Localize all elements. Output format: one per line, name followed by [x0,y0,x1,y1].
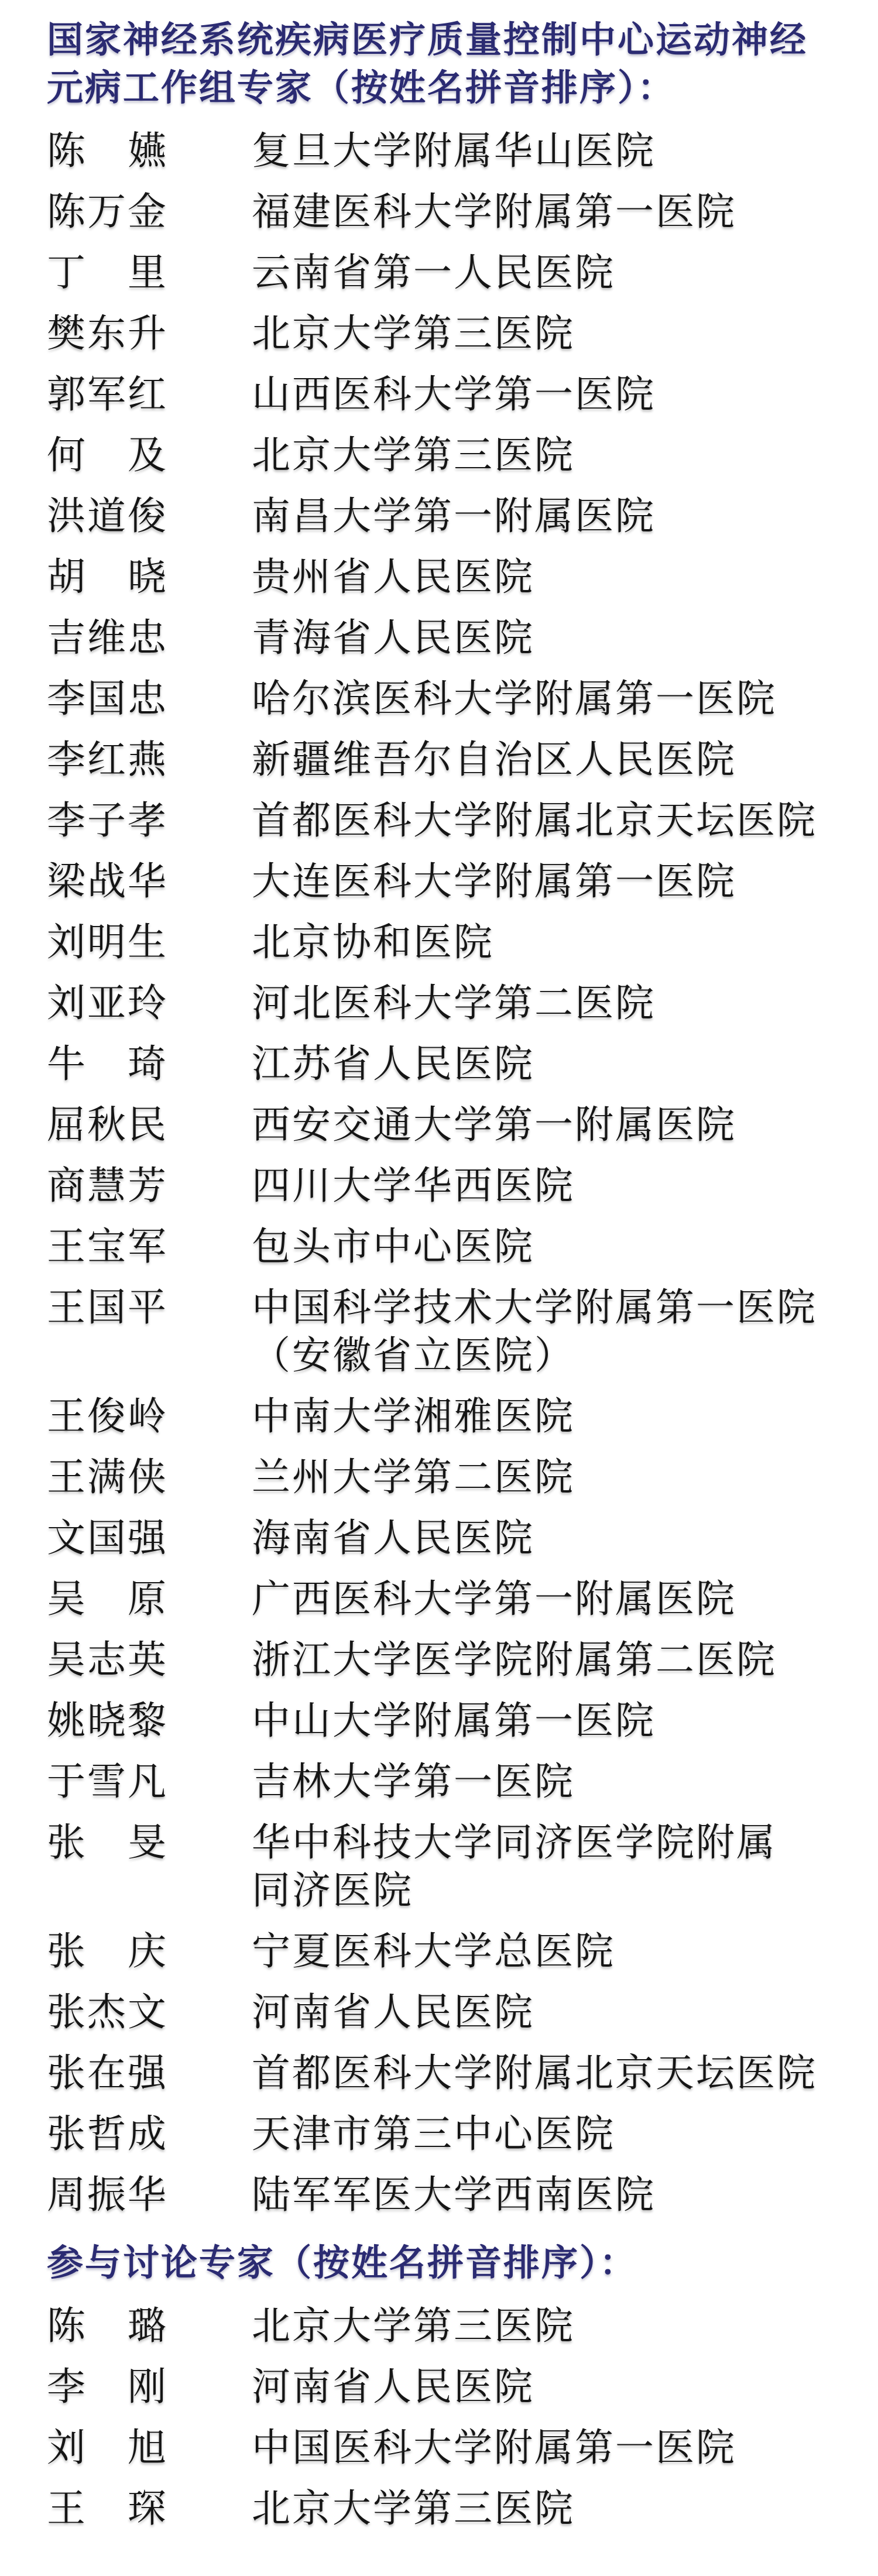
expert-hospital-line: 西安交通大学第一附属医院 [252,1102,846,1150]
expert-hospital: 广西医科大学第一附属医院 [252,1576,846,1624]
expert-name: 陈万金 [47,188,252,236]
expert-row: 陈 嬿复旦大学附属华山医院 [47,128,849,176]
expert-hospital: 福建医科大学附属第一医院 [252,188,846,236]
expert-hospital-line: 中国科学技术大学附属第一医院 [252,1284,846,1332]
expert-row: 何 及北京大学第三医院 [47,432,849,480]
expert-row: 王国平中国科学技术大学附属第一医院（安徽省立医院） [47,1284,849,1380]
expert-hospital-line: 广西医科大学第一附属医院 [252,1576,846,1624]
section-title: 国家神经系统疾病医疗质量控制中心运动神经元病工作组专家（按姓名拼音排序）： [47,16,849,112]
expert-name: 吉维忠 [47,615,252,663]
expert-hospital-line: 天津市第三中心医院 [252,2111,846,2159]
expert-row: 梁战华大连医科大学附属第一医院 [47,858,849,906]
expert-name: 吴志英 [47,1637,252,1685]
expert-name: 王满侠 [47,1454,252,1502]
expert-hospital: 四川大学华西医院 [252,1162,846,1210]
expert-hospital-line: 首都医科大学附属北京天坛医院 [252,2050,846,2098]
expert-name: 陈 嬿 [47,128,252,176]
expert-hospital-line: 北京大学第三医院 [252,2303,846,2351]
expert-hospital-line: 北京大学第三医院 [252,310,846,358]
expert-row: 张 庆宁夏医科大学总医院 [47,1928,849,1976]
expert-hospital-line: 同济医院 [252,1867,846,1915]
expert-hospital-line: 河南省人民医院 [252,2364,846,2412]
expert-hospital: 复旦大学附属华山医院 [252,128,846,176]
expert-name: 郭军红 [47,371,252,419]
expert-name: 丁 里 [47,249,252,297]
expert-name: 梁战华 [47,858,252,906]
expert-name: 何 及 [47,432,252,480]
expert-name: 张 旻 [47,1819,252,1867]
expert-hospital-line: 河南省人民医院 [252,1989,846,2037]
expert-hospital-line: 海南省人民医院 [252,1515,846,1563]
expert-row: 胡 晓贵州省人民医院 [47,554,849,602]
expert-row: 王宝军包头市中心医院 [47,1223,849,1271]
expert-name: 张 庆 [47,1928,252,1976]
expert-name: 王俊岭 [47,1393,252,1441]
expert-row: 周振华陆军军医大学西南医院 [47,2172,849,2220]
expert-name: 陈 璐 [47,2303,252,2351]
expert-row: 樊东升北京大学第三医院 [47,310,849,358]
expert-row: 洪道俊南昌大学第一附属医院 [47,493,849,541]
expert-section: 国家神经系统疾病医疗质量控制中心运动神经元病工作组专家（按姓名拼音排序）：陈 嬿… [47,16,849,2220]
expert-name: 牛 琦 [47,1041,252,1089]
section-title-line: 国家神经系统疾病医疗质量控制中心运动神经 [47,16,849,64]
expert-hospital: 河北医科大学第二医院 [252,980,846,1028]
expert-row: 王 琛北京大学第三医院 [47,2485,849,2533]
expert-hospital: 海南省人民医院 [252,1515,846,1563]
expert-row: 丁 里云南省第一人民医院 [47,249,849,297]
expert-hospital-line: 陆军军医大学西南医院 [252,2172,846,2220]
document: 国家神经系统疾病医疗质量控制中心运动神经元病工作组专家（按姓名拼音排序）：陈 嬿… [0,0,878,2576]
expert-hospital-line: 福建医科大学附属第一医院 [252,188,846,236]
expert-hospital-line: 云南省第一人民医院 [252,249,846,297]
expert-hospital: 华中科技大学同济医学院附属同济医院 [252,1819,846,1915]
section-title: 参与讨论专家（按姓名拼音排序）： [47,2239,849,2287]
expert-hospital-line: 包头市中心医院 [252,1223,846,1271]
expert-row: 李国忠哈尔滨医科大学附属第一医院 [47,675,849,723]
expert-name: 文国强 [47,1515,252,1563]
expert-row: 李 刚河南省人民医院 [47,2364,849,2412]
expert-hospital: 北京大学第三医院 [252,310,846,358]
expert-row: 刘 旭中国医科大学附属第一医院 [47,2424,849,2472]
expert-hospital: 宁夏医科大学总医院 [252,1928,846,1976]
expert-name: 李 刚 [47,2364,252,2412]
expert-hospital-line: 贵州省人民医院 [252,554,846,602]
expert-row: 刘明生北京协和医院 [47,919,849,967]
expert-name: 樊东升 [47,310,252,358]
expert-name: 刘明生 [47,919,252,967]
expert-row: 李子孝首都医科大学附属北京天坛医院 [47,797,849,845]
expert-hospital-line: 南昌大学第一附属医院 [252,493,846,541]
expert-row: 商慧芳四川大学华西医院 [47,1162,849,1210]
expert-hospital-line: 中山大学附属第一医院 [252,1697,846,1745]
expert-hospital: 北京大学第三医院 [252,2485,846,2533]
expert-hospital-line: （安徽省立医院） [252,1332,846,1380]
expert-hospital: 河南省人民医院 [252,1989,846,2037]
expert-name: 洪道俊 [47,493,252,541]
expert-hospital: 江苏省人民医院 [252,1041,846,1089]
expert-row: 张 旻华中科技大学同济医学院附属同济医院 [47,1819,849,1915]
expert-hospital-line: 浙江大学医学院附属第二医院 [252,1637,846,1685]
expert-hospital-line: 北京协和医院 [252,919,846,967]
expert-hospital: 北京大学第三医院 [252,2303,846,2351]
expert-hospital: 北京大学第三医院 [252,432,846,480]
expert-hospital-line: 河北医科大学第二医院 [252,980,846,1028]
expert-row: 吴 原广西医科大学第一附属医院 [47,1576,849,1624]
expert-name: 李子孝 [47,797,252,845]
expert-name: 屈秋民 [47,1102,252,1150]
expert-hospital-line: 山西医科大学第一医院 [252,371,846,419]
expert-hospital-line: 北京大学第三医院 [252,2485,846,2533]
expert-row: 屈秋民西安交通大学第一附属医院 [47,1102,849,1150]
expert-hospital: 青海省人民医院 [252,615,846,663]
expert-name: 李国忠 [47,675,252,723]
expert-name: 王宝军 [47,1223,252,1271]
expert-name: 胡 晓 [47,554,252,602]
expert-row: 文国强海南省人民医院 [47,1515,849,1563]
expert-hospital: 北京协和医院 [252,919,846,967]
expert-row: 李红燕新疆维吾尔自治区人民医院 [47,736,849,784]
expert-hospital: 中国医科大学附属第一医院 [252,2424,846,2472]
expert-row: 张在强首都医科大学附属北京天坛医院 [47,2050,849,2098]
expert-row: 牛 琦江苏省人民医院 [47,1041,849,1089]
expert-name: 刘 旭 [47,2424,252,2472]
expert-hospital-line: 中国医科大学附属第一医院 [252,2424,846,2472]
expert-row: 吉维忠青海省人民医院 [47,615,849,663]
expert-row: 陈万金福建医科大学附属第一医院 [47,188,849,236]
expert-row: 张杰文河南省人民医院 [47,1989,849,2037]
expert-row: 王满侠兰州大学第二医院 [47,1454,849,1502]
expert-hospital: 包头市中心医院 [252,1223,846,1271]
expert-name: 姚晓黎 [47,1697,252,1745]
expert-hospital-line: 首都医科大学附属北京天坛医院 [252,797,846,845]
expert-hospital-line: 大连医科大学附属第一医院 [252,858,846,906]
expert-row: 王俊岭中南大学湘雅医院 [47,1393,849,1441]
expert-hospital: 大连医科大学附属第一医院 [252,858,846,906]
expert-hospital-line: 复旦大学附属华山医院 [252,128,846,176]
expert-row: 郭军红山西医科大学第一医院 [47,371,849,419]
expert-name: 刘亚玲 [47,980,252,1028]
expert-hospital: 云南省第一人民医院 [252,249,846,297]
expert-row: 吴志英浙江大学医学院附属第二医院 [47,1637,849,1685]
expert-hospital-line: 吉林大学第一医院 [252,1758,846,1806]
expert-hospital: 兰州大学第二医院 [252,1454,846,1502]
expert-hospital: 首都医科大学附属北京天坛医院 [252,797,846,845]
expert-hospital: 贵州省人民医院 [252,554,846,602]
expert-hospital: 中南大学湘雅医院 [252,1393,846,1441]
expert-hospital: 山西医科大学第一医院 [252,371,846,419]
section-title-line: 元病工作组专家（按姓名拼音排序）： [47,64,849,112]
expert-name: 李红燕 [47,736,252,784]
expert-hospital: 吉林大学第一医院 [252,1758,846,1806]
expert-hospital-line: 青海省人民医院 [252,615,846,663]
expert-row: 陈 璐北京大学第三医院 [47,2303,849,2351]
expert-hospital: 陆军军医大学西南医院 [252,2172,846,2220]
expert-hospital: 南昌大学第一附属医院 [252,493,846,541]
expert-section: 参与讨论专家（按姓名拼音排序）：陈 璐北京大学第三医院李 刚河南省人民医院刘 旭… [47,2239,849,2533]
expert-hospital: 西安交通大学第一附属医院 [252,1102,846,1150]
expert-hospital: 哈尔滨医科大学附属第一医院 [252,675,846,723]
expert-hospital: 新疆维吾尔自治区人民医院 [252,736,846,784]
expert-hospital: 天津市第三中心医院 [252,2111,846,2159]
expert-name: 周振华 [47,2172,252,2220]
expert-hospital: 河南省人民医院 [252,2364,846,2412]
expert-name: 张在强 [47,2050,252,2098]
expert-hospital-line: 中南大学湘雅医院 [252,1393,846,1441]
expert-hospital: 中国科学技术大学附属第一医院（安徽省立医院） [252,1284,846,1380]
expert-hospital-line: 新疆维吾尔自治区人民医院 [252,736,846,784]
expert-row: 姚晓黎中山大学附属第一医院 [47,1697,849,1745]
expert-hospital-line: 哈尔滨医科大学附属第一医院 [252,675,846,723]
expert-hospital-line: 四川大学华西医院 [252,1162,846,1210]
expert-hospital: 浙江大学医学院附属第二医院 [252,1637,846,1685]
expert-hospital-line: 华中科技大学同济医学院附属 [252,1819,846,1867]
expert-hospital: 首都医科大学附属北京天坛医院 [252,2050,846,2098]
expert-row: 刘亚玲河北医科大学第二医院 [47,980,849,1028]
expert-hospital-line: 宁夏医科大学总医院 [252,1928,846,1976]
expert-row: 于雪凡吉林大学第一医院 [47,1758,849,1806]
expert-name: 商慧芳 [47,1162,252,1210]
expert-name: 于雪凡 [47,1758,252,1806]
expert-hospital-line: 北京大学第三医院 [252,432,846,480]
expert-hospital-line: 兰州大学第二医院 [252,1454,846,1502]
expert-name: 吴 原 [47,1576,252,1624]
expert-hospital: 中山大学附属第一医院 [252,1697,846,1745]
expert-row: 张哲成天津市第三中心医院 [47,2111,849,2159]
expert-name: 张哲成 [47,2111,252,2159]
expert-name: 王 琛 [47,2485,252,2533]
expert-hospital-line: 江苏省人民医院 [252,1041,846,1089]
expert-name: 王国平 [47,1284,252,1332]
expert-name: 张杰文 [47,1989,252,2037]
section-title-line: 参与讨论专家（按姓名拼音排序）： [47,2239,849,2287]
